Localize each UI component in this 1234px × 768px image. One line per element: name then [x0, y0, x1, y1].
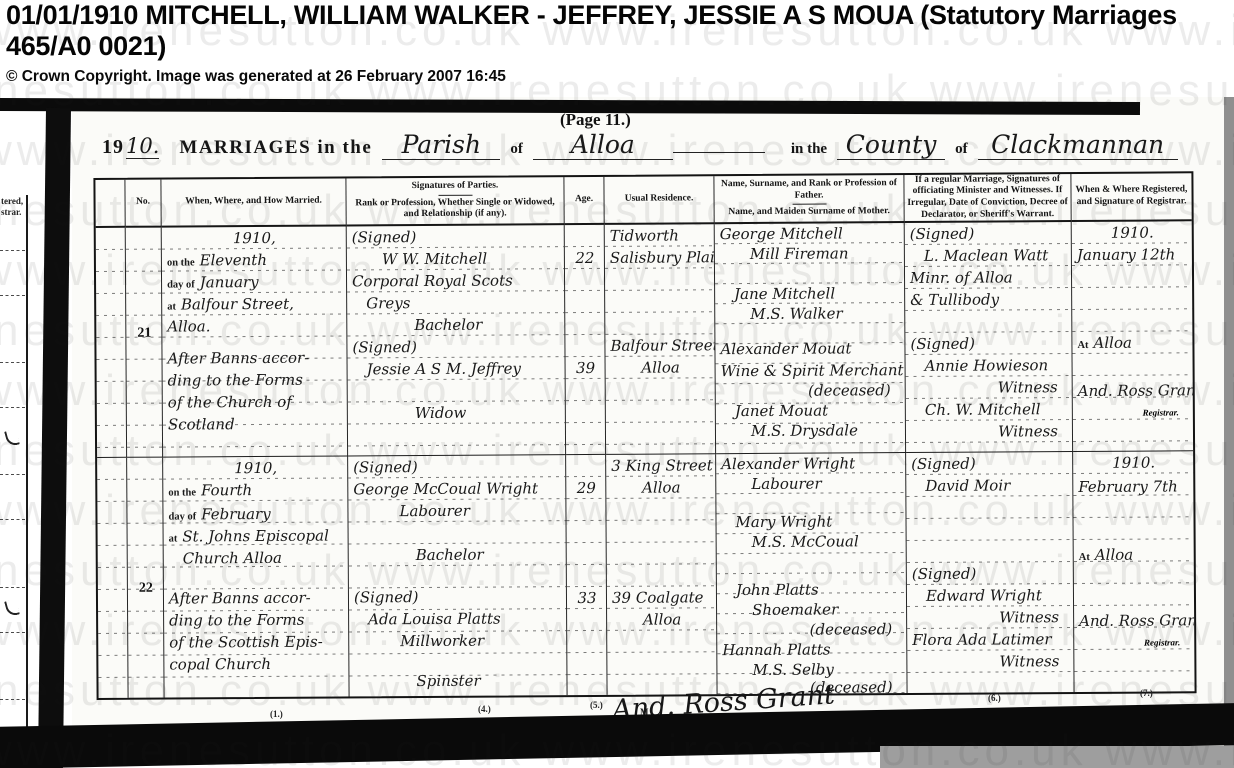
entry22-signatures-cell: (Signed) George McCoual Wright Labourer …: [348, 455, 567, 696]
hw-line: George McCoual Wright: [353, 479, 538, 498]
entry22-residence-cell: 3 King Street Alloa 39 Coalgate Alloa: [606, 454, 717, 695]
hw-line: Corporal Royal Scots: [352, 271, 513, 290]
register-table: No. When, Where, and How Married. Signat…: [93, 171, 1196, 700]
printed-label: day of: [167, 279, 195, 290]
facing-page-rule: [0, 474, 25, 475]
entry22-when-cell: 1910, on theFourth day ofFebruary atSt. …: [163, 456, 349, 697]
entry22-margin-cell: [97, 458, 128, 698]
facing-page-text-fragment: strar.: [1, 207, 21, 217]
facing-page-rule: [0, 407, 25, 408]
hw-registrar-signature: And. Ross Grant: [1078, 381, 1193, 400]
hw-line: 1910,: [234, 459, 277, 477]
entry21-when-cell: 1910, on theEleventh day ofJanuary atBal…: [162, 226, 348, 457]
hw-line: W W. Mitchell: [382, 250, 487, 269]
hw-line: (Signed): [354, 588, 419, 606]
marriages-label: MARRIAGES in the: [179, 137, 372, 159]
entry21-number-cell: 21: [126, 228, 163, 458]
printed-label: on the: [168, 487, 196, 498]
of-label-2: of: [955, 141, 968, 158]
printed-label: at: [167, 302, 176, 313]
hw-age: 33: [577, 589, 596, 607]
printed-label: At: [1079, 552, 1090, 563]
hw-line: Shoemaker: [752, 600, 838, 619]
facing-page-rule: [0, 250, 25, 251]
header-text: Signatures of Parties.: [412, 181, 499, 193]
in-the-label: in the: [791, 141, 827, 158]
hw-line: Spinster: [416, 672, 480, 690]
hw-line: Widow: [415, 404, 467, 422]
hw-line: Mary Wright: [735, 512, 832, 531]
hw-line: copal Church: [169, 655, 271, 674]
header-divider: [792, 204, 826, 205]
scan-artifact-grey-corner: [880, 746, 1234, 768]
hw-line: Witness: [999, 652, 1059, 670]
hw-line: Mill Fireman: [750, 244, 849, 263]
hw-line: Hannah Platts: [722, 641, 830, 660]
hw-line: February 7th: [1078, 477, 1178, 496]
hw-line: M.S. Walker: [750, 304, 843, 323]
handwritten-parish-word: Parish: [382, 130, 500, 160]
hw-age: 29: [577, 479, 596, 497]
handwritten-county-word: County: [837, 130, 945, 160]
hw-line: (Signed): [352, 338, 417, 356]
registrar-label: Registrar.: [1079, 631, 1190, 654]
header-text: If a regular Marriage, Signatures of off…: [906, 174, 1068, 221]
hw-line: (Signed): [912, 565, 977, 583]
facing-page-rule: [0, 632, 25, 633]
hw-line: John Platts: [736, 581, 819, 600]
handwritten-parish-name: Alloa: [533, 130, 673, 160]
column-header-parents: Name, Surname, and Rank or Profession of…: [714, 175, 904, 224]
hw-line: (deceased): [810, 620, 893, 639]
facing-page-rule: [0, 519, 25, 520]
printed-label: on the: [167, 257, 195, 268]
hw-line: George Mitchell: [720, 224, 843, 243]
hw-line: Alloa: [643, 610, 682, 628]
hw-line: St. Johns Episcopal: [182, 527, 329, 546]
column-header-margin: [95, 180, 125, 228]
column-header-when: When, Where, and How Married.: [161, 178, 346, 227]
hw-line: Alloa: [642, 478, 681, 496]
header-text: Name, Surname, and Rank or Profession of…: [716, 178, 901, 202]
facing-page-rule: [0, 699, 25, 700]
hw-line: ding to the Forms: [168, 371, 303, 390]
hw-line: After Banns accor-: [167, 349, 309, 368]
entry21-parents-cell: George Mitchell Mill Fireman Jane Mitche…: [715, 223, 906, 454]
hw-line: Scotland: [168, 415, 235, 433]
hw-line: Witness: [999, 608, 1059, 626]
hw-line: After Banns accor-: [169, 589, 311, 608]
hw-line: Janet Mouat: [735, 402, 828, 421]
hw-line: Millworker: [400, 632, 484, 651]
hw-line: (Signed): [352, 228, 417, 246]
hw-registrar-signature: And. Ross Grant: [1079, 611, 1194, 630]
hw-line: Jessie A S M. Jeffrey: [367, 359, 521, 378]
hw-line: (Signed): [911, 455, 976, 473]
hw-line: (Signed): [910, 335, 975, 353]
hw-line: January: [200, 273, 259, 291]
hw-line: Jane Mitchell: [734, 284, 835, 303]
hw-line: 3 King Street: [611, 456, 713, 475]
hw-line: (deceased): [808, 381, 891, 400]
scan-artifact-gutter: [38, 108, 71, 768]
entry22-age-cell: 29 33: [566, 455, 607, 695]
hw-line: Witness: [998, 422, 1058, 440]
hw-line: Witness: [998, 378, 1058, 396]
column-header-signatures: Signatures of Parties. Rank or Professio…: [346, 177, 564, 226]
hw-line: 1910,: [233, 229, 276, 247]
hw-line: (Signed): [353, 458, 418, 476]
entry22-number-cell: 22: [127, 458, 164, 698]
hw-line: Labourer: [751, 475, 822, 493]
hw-line: Labourer: [399, 502, 470, 520]
hw-line: 39 Coalgate: [612, 588, 704, 607]
hw-line: Bachelor: [414, 316, 482, 334]
footnote-marker: (1.): [270, 709, 283, 719]
column-header-no: No.: [125, 180, 161, 228]
facing-page-rule: [0, 295, 25, 296]
hw-line: Alexander Mouat: [720, 339, 851, 358]
hw-line: Church Alloa: [183, 549, 282, 568]
hw-line: Alexander Wright: [721, 454, 855, 473]
entry21-age-cell: 22 39: [565, 225, 606, 455]
hw-line: Ch. W. Mitchell: [925, 400, 1041, 419]
hw-line: L. Maclean Watt: [924, 246, 1048, 265]
entry21-signatures-cell: (Signed) W W. Mitchell Corporal Royal Sc…: [347, 225, 566, 456]
facing-page-border: [26, 195, 28, 768]
footnote-marker: (4.): [478, 704, 491, 714]
header-subtext: Rank or Profession, Whether Single or Wi…: [349, 197, 562, 221]
registrar-label: Registrar.: [1078, 401, 1189, 424]
hw-line: January 12th: [1077, 245, 1176, 264]
entry21-registered-cell: 1910. January 12th AtAlloa And. Ross Gra…: [1072, 221, 1193, 452]
hw-line: February: [201, 505, 271, 523]
facing-page-rule: [0, 587, 25, 588]
entry22-parents-cell: Alexander Wright Labourer Mary Wright M.…: [716, 453, 907, 694]
scanned-marriage-register: 01/01/1910 MITCHELL, WILLIAM WALKER - JE…: [0, 0, 1234, 768]
hw-line: Flora Ada Latimer: [912, 630, 1051, 649]
copyright-notice: © Crown Copyright. Image was generated a…: [6, 68, 1234, 86]
hw-line: Fourth: [201, 481, 252, 499]
hw-line: Bachelor: [416, 546, 484, 564]
entry22-witnesses-cell: (Signed) David Moir (Signed) Edward Wrig…: [906, 452, 1074, 693]
hw-line: Annie Howieson: [925, 356, 1049, 375]
header-text: Age.: [575, 194, 593, 206]
hw-line: 1910.: [1111, 224, 1154, 242]
printed-year-prefix: 19: [102, 136, 124, 159]
hw-line: Edward Wright: [926, 586, 1042, 605]
hw-line: Salisbury Plains: [610, 248, 716, 267]
hw-line: & Tullibody: [910, 290, 999, 309]
header-text: No.: [136, 197, 150, 209]
facing-page-rule: [0, 362, 25, 363]
entry-number: 21: [131, 323, 157, 345]
of-label: of: [510, 141, 523, 158]
facing-page-text-fragment: tered,: [1, 196, 23, 206]
entry21-witnesses-cell: (Signed) L. Maclean Watt Minr. of Alloa …: [905, 222, 1073, 453]
footnote-marker: (5.): [590, 700, 603, 710]
header-text: When & Where Registered, and Signature o…: [1073, 185, 1189, 209]
column-header-minister: If a regular Marriage, Signatures of off…: [904, 174, 1071, 223]
hw-line: ding to the Forms: [169, 611, 304, 630]
hw-age: 22: [575, 249, 594, 267]
hw-line: of the Scottish Epis-: [169, 633, 323, 652]
entry21-residence-cell: Tidworth Salisbury Plains Balfour Street…: [605, 224, 716, 455]
hw-line: M.S. Selby: [752, 660, 834, 678]
header-subtext: Name, and Maiden Surname of Mother.: [728, 206, 889, 219]
handwriting-mark: [4, 429, 20, 448]
hw-line: Minr. of Alloa: [910, 268, 1013, 287]
column-header-age: Age.: [564, 177, 604, 225]
hw-line: Alloa: [1093, 334, 1132, 352]
hw-line: 1910.: [1112, 454, 1155, 472]
hw-line: Eleventh: [200, 251, 267, 269]
register-page: (Page 11.) 19 10. MARRIAGES in the Paris…: [72, 97, 1224, 750]
record-title-line1: 01/01/1910 MITCHELL, WILLIAM WALKER - JE…: [6, 0, 1234, 31]
hw-line: David Moir: [925, 476, 1010, 495]
header-divider: [438, 194, 472, 195]
header-text: Usual Residence.: [625, 194, 694, 206]
header-text: When, Where, and How Married.: [185, 196, 322, 208]
hw-line: M.S. McCoual: [752, 532, 859, 551]
register-title-line: 19 10. MARRIAGES in the Parish of Alloa …: [102, 130, 1178, 160]
hw-line: M.S. Drysdale: [751, 421, 858, 440]
entry22-registered-cell: 1910. February 7th AtAlloa And. Ross Gra…: [1073, 451, 1194, 692]
printed-label: At: [1077, 340, 1088, 351]
printed-label: day of: [168, 511, 196, 522]
handwriting-mark: [4, 599, 20, 618]
hw-line: Alloa.: [167, 317, 210, 335]
entry21-margin-cell: [96, 228, 127, 458]
column-header-registered: When & Where Registered, and Signature o…: [1071, 173, 1191, 222]
hw-line: Balfour Street,: [181, 295, 294, 314]
hw-line: Wine & Spirit Merchant: [721, 361, 904, 380]
blank-underline: [673, 144, 765, 153]
hw-line: Balfour Street: [610, 336, 716, 355]
handwritten-county-name: Clackmannan: [978, 130, 1178, 160]
hw-line: Tidworth: [610, 226, 679, 244]
handwritten-year: 10.: [126, 134, 159, 159]
hw-line: Alloa: [1095, 546, 1134, 564]
footnote-marker: (6.): [988, 693, 1001, 703]
hw-line: Greys: [366, 294, 410, 312]
hw-line: of the Church of: [168, 393, 292, 412]
hw-line: Alloa: [641, 358, 680, 376]
entry-number: 22: [133, 578, 159, 600]
hw-line: Ada Louisa Platts: [368, 610, 501, 629]
hw-age: 39: [576, 359, 595, 377]
footnote-marker: (7.): [1140, 688, 1153, 698]
record-title-line2: 465/A0 0021): [6, 31, 1234, 62]
hw-line: (Signed): [910, 225, 975, 243]
index-header: 01/01/1910 MITCHELL, WILLIAM WALKER - JE…: [6, 0, 1234, 86]
scan-artifact-right-edge: [1224, 97, 1234, 768]
printed-label: at: [169, 533, 178, 544]
column-header-residence: Usual Residence.: [604, 176, 714, 225]
